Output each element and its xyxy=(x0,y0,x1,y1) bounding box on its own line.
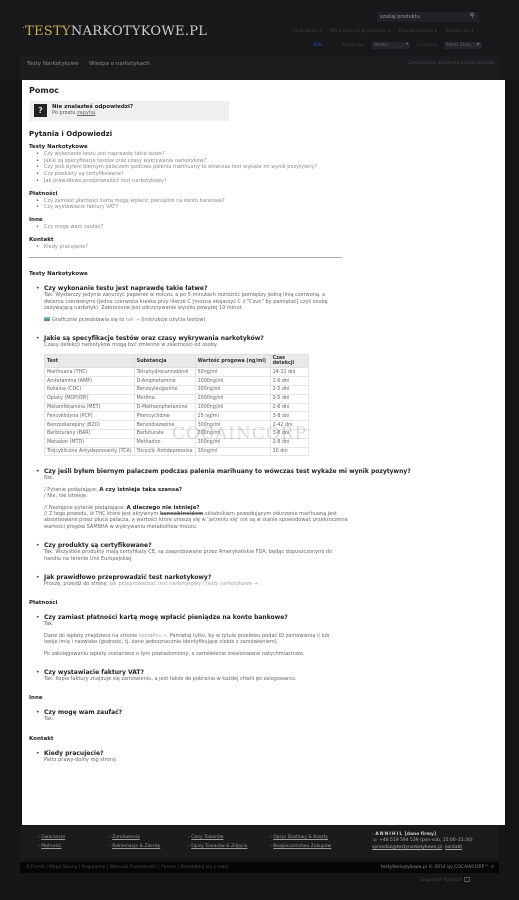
qa-item: Jak prawidłowo przeprowadzić test narkot… xyxy=(29,574,498,587)
toc-category: Płatności xyxy=(29,191,498,197)
table-cell: Barbiturany (BAR) xyxy=(45,429,135,438)
answer: Tak. Kopia faktury znajduje się zamówien… xyxy=(44,676,344,682)
currency-label: Currency: xyxy=(416,43,437,48)
table-cell: 14-31 dni xyxy=(270,368,308,377)
table-cell: 25 ng/ml xyxy=(195,412,270,421)
table-row: Marihuana (THC)Tetrahydrocannabinol50ng/… xyxy=(45,368,309,377)
toc-link[interactable]: Czy produkty są certyfikowane? xyxy=(29,171,498,178)
answer: Tak. Wystarczy jedynie zanurzyć papierek… xyxy=(44,292,344,323)
site-footer: Gwarancje Płatności Zamówienia Reklamacj… xyxy=(20,825,499,858)
answer: Proszę, przejdź do strony: jak przeprowa… xyxy=(44,581,344,587)
bottom-bar: O Firmie | Mapa Strony | Regulamin | War… xyxy=(20,862,499,873)
table-cell: Phencyclidine xyxy=(134,412,195,421)
table-cell: 2-5 dni xyxy=(270,385,308,394)
table-cell: 10 dni xyxy=(270,447,308,456)
qa-category: Płatności xyxy=(29,600,498,606)
contact-link[interactable]: kontakt xyxy=(445,845,462,850)
table-row: Fencyklidyna (PCP)Phencyclidine25 ng/ml3… xyxy=(45,412,309,421)
answer: Czasy detekcji narkotyków mogą być zmien… xyxy=(44,342,344,348)
question: Jak prawidłowo przeprowadzić test narkot… xyxy=(44,574,498,581)
table-cell: 1000ng/ml xyxy=(195,377,270,386)
login-link[interactable]: Zaloguj się xyxy=(445,29,473,34)
table-row: Amfetamina (AMP)D-Amphetamine1000ng/ml2-… xyxy=(45,377,309,386)
language-label: Language: xyxy=(342,43,366,48)
suggest-button[interactable]: Sugestie? Pytania? xyxy=(420,877,470,883)
table-cell: Benzoylecgonine xyxy=(134,385,195,394)
company-info: › ANNIHIL [dane firmy] ☏ +48 519 594 539… xyxy=(372,832,473,851)
main-nav: Testy Narkotykowe Wiedza o narkotykach Z… xyxy=(20,56,499,80)
search-icon[interactable]: ⚲ xyxy=(470,13,476,19)
table-cell: Tetrahydrocannabinol xyxy=(134,368,195,377)
table-cell: D-Methamphetamine xyxy=(134,403,195,412)
nav-zrozumienie[interactable]: Zrozumienie problemu narkotykowego xyxy=(408,61,495,66)
search-input[interactable]: szukaj produktu ⚲ xyxy=(377,12,479,22)
answer: Nie. / Pytanie podążające: A czy istniej… xyxy=(44,475,354,530)
footer-link[interactable]: Płatności xyxy=(41,844,61,849)
qa-category: Inne xyxy=(29,695,498,701)
table-cell: D-Amphetamine xyxy=(134,377,195,386)
toc-link[interactable]: Jak prawidłowo przeprowadzić test narkot… xyxy=(29,178,498,185)
settings-row: Wiki Language: Polski Currency: Polski Z… xyxy=(313,42,482,49)
wiki-link[interactable]: Wiki xyxy=(313,43,322,48)
divider xyxy=(29,257,342,258)
toc-link[interactable]: Czy jeśli byłem biernym palaczem podczas… xyxy=(29,164,498,171)
footer-link[interactable]: Reklamacje & Zwroty xyxy=(112,844,160,849)
checkout-link[interactable]: Przejdź do kasy xyxy=(399,29,438,34)
footer-link[interactable]: Zamówienia xyxy=(112,835,140,840)
image-icon xyxy=(44,317,50,321)
nav-testy-narkotykowe[interactable]: Testy Narkotykowe xyxy=(27,61,79,67)
question: Czy mogę wam zaufać? xyxy=(44,709,498,716)
question: Czy wystawiacie faktury VAT? xyxy=(44,669,498,676)
question-icon: ? xyxy=(34,104,47,117)
toc-link[interactable]: Czy wykonanie testu jest naprawdę takie … xyxy=(29,151,498,158)
toc-link[interactable]: Czy wystawiacie faktury VAT? xyxy=(29,204,498,211)
table-header: Substancja xyxy=(134,355,195,368)
table-cell: Amfetamina (AMP) xyxy=(45,377,135,386)
toc-list: Czy mogę wam zaufać? xyxy=(29,224,498,231)
qa-item: Czy produkty są certyfikowane? Tak. Wszy… xyxy=(29,542,498,562)
table-cell: 3-8 dni xyxy=(270,412,308,421)
chat-icon xyxy=(464,877,470,882)
site-header: TESTYNARKOTYKOWE.PL szukaj produktu ⚲ Mo… xyxy=(0,0,519,80)
footer-link[interactable]: Ceny Towarów xyxy=(191,835,223,840)
toc-list: Czy wykonanie testu jest naprawdę takie … xyxy=(29,151,498,185)
table-cell: Trójcykliczne Antydepresanty (TCA) xyxy=(45,447,135,456)
answer: Tak. Wszystkie produkty mają certyfikaty… xyxy=(44,549,344,562)
table-cell: 2-6 dni xyxy=(270,377,308,386)
ask-link[interactable]: zapytaj xyxy=(77,110,95,116)
table-row: Metamfetamina (MET)D-Methamphetamine1000… xyxy=(45,403,309,412)
qa-item: Czy mogę wam zaufać? Tak. xyxy=(29,709,498,722)
table-cell: Opiaty (MOP/OPI) xyxy=(45,394,135,403)
question: Jakie są specyfikacje testów oraz czasy … xyxy=(44,335,498,342)
account-nav: Moje konto Mój koszyk (0 produktów) Prze… xyxy=(293,29,474,34)
how-to-test-link[interactable]: jak przeprowadzać test narkotykowy / tes… xyxy=(110,581,260,587)
table-cell: Kokaina (COC) xyxy=(45,385,135,394)
copyright: testyNarkotykowe.pl © 2014 by COCAINCORP… xyxy=(381,865,494,870)
qa-item: Czy wystawiacie faktury VAT? Tak. Kopia … xyxy=(29,669,498,682)
table-cell: Benzodiazepiny (BZO) xyxy=(45,421,135,430)
table-cell: 300ng/ml xyxy=(195,385,270,394)
toc-link[interactable]: Czy mogę wam zaufać? xyxy=(29,224,498,231)
table-header: Test xyxy=(45,355,135,368)
bottom-links[interactable]: O Firmie | Mapa Strony | Regulamin | War… xyxy=(26,865,229,870)
table-cell: 50ng/ml xyxy=(195,368,270,377)
toc-category: Testy Narkotykowe xyxy=(29,144,498,150)
contact-page-link[interactable]: kontaktu → xyxy=(139,633,167,639)
nav-wiedza[interactable]: Wiedza o narkotykach xyxy=(89,61,150,67)
answer: Patrz prawy-dolny róg strony. xyxy=(44,757,344,763)
table-row: Kokaina (COC)Benzoylecgonine300ng/ml2-5 … xyxy=(45,385,309,394)
footer-link[interactable]: Bezpieczeństwo Zakupów xyxy=(273,844,331,849)
qa-category: Testy Narkotykowe xyxy=(29,271,498,277)
footer-link[interactable]: Opisy Towarów & Zdjęcia xyxy=(191,844,247,849)
toc-link[interactable]: Kiedy pracujecie? xyxy=(29,244,498,251)
table-cell: Metadon (MTD) xyxy=(45,438,135,447)
watermark-logo: COCAINCORP™ xyxy=(172,424,313,444)
table-cell: 2000ng/ml xyxy=(195,394,270,403)
table-cell: Marihuana (THC) xyxy=(45,368,135,377)
qa-item: Czy zamiast płatności kartą mogę wpłacić… xyxy=(29,614,498,657)
toc-category: Inne xyxy=(29,217,498,223)
table-cell: Metamfetamina (MET) xyxy=(45,403,135,412)
toc-link[interactable]: Czy zamiast płatności kartą mogę wpłacić… xyxy=(29,198,498,205)
table-header: Wartość progowa (ng/ml) xyxy=(195,355,270,368)
table-cell: 2-6 dni xyxy=(270,403,308,412)
qa-category: Kontakt xyxy=(29,736,498,742)
cart-link[interactable]: Mój koszyk (0 produktów) xyxy=(329,29,390,34)
table-cell: Morfina xyxy=(134,394,195,403)
table-cell: 30ng/ml xyxy=(195,447,270,456)
toc-category: Kontakt xyxy=(29,237,498,243)
answer: Tak. Dane do wpłaty znajdziesz na stroni… xyxy=(44,621,344,657)
email-link[interactable]: sprzedaz@testynarkotykowe.pl xyxy=(372,845,442,850)
qa-item: Kiedy pracujecie? Patrz prawy-dolny róg … xyxy=(29,750,498,763)
site-logo[interactable]: TESTYNARKOTYKOWE.PL xyxy=(25,24,207,39)
question: Czy jeśli byłem biernym palaczem podczas… xyxy=(44,468,498,475)
my-account-link[interactable]: Moje konto xyxy=(293,29,321,34)
table-cell: Fencyklidyna (PCP) xyxy=(45,412,135,421)
table-row: Trójcykliczne Antydepresanty (TCA)Tricyc… xyxy=(45,447,309,456)
toc-list: Kiedy pracujecie? xyxy=(29,244,498,251)
qa-item: Czy jeśli byłem biernym palaczem podczas… xyxy=(29,468,498,530)
language-select[interactable]: Polski xyxy=(372,42,410,49)
currency-select[interactable]: Polski Złoty - zł xyxy=(444,42,482,49)
footer-link[interactable]: Gwarancje xyxy=(41,835,65,840)
question: Kiedy pracujecie? xyxy=(44,750,498,757)
table-header: Czas detekcji xyxy=(270,355,308,368)
page-title: Pomoc xyxy=(29,86,498,95)
footer-link[interactable]: Opcje Dostawy & Koszty xyxy=(273,835,328,840)
toc-list: Czy zamiast płatności kartą mogę wpłacić… xyxy=(29,198,498,211)
help-box: ? Nie znalazłeś odpowiedzi? Po prostu za… xyxy=(29,101,229,121)
answer: Tak. xyxy=(44,716,344,722)
question: Czy zamiast płatności kartą mogę wpłacić… xyxy=(44,614,498,621)
qa-item: Jakie są specyfikacje testów oraz czasy … xyxy=(29,335,498,456)
table-cell: 2-5 dni xyxy=(270,394,308,403)
table-cell: Tricyclic Antidepressiva xyxy=(134,447,195,456)
qa-item: Czy wykonanie testu jest naprawdę takie … xyxy=(29,285,498,323)
table-row: Opiaty (MOP/OPI)Morfina2000ng/ml2-5 dni xyxy=(45,394,309,403)
instructions-link[interactable]: tak → xyxy=(126,317,140,323)
phone-icon: ☏ xyxy=(372,838,378,843)
content-panel: Pomoc ? Nie znalazłeś odpowiedzi? Po pro… xyxy=(20,80,505,825)
section-title: Pytania i Odpowiedzi xyxy=(29,130,498,138)
table-cell: 1000ng/ml xyxy=(195,403,270,412)
